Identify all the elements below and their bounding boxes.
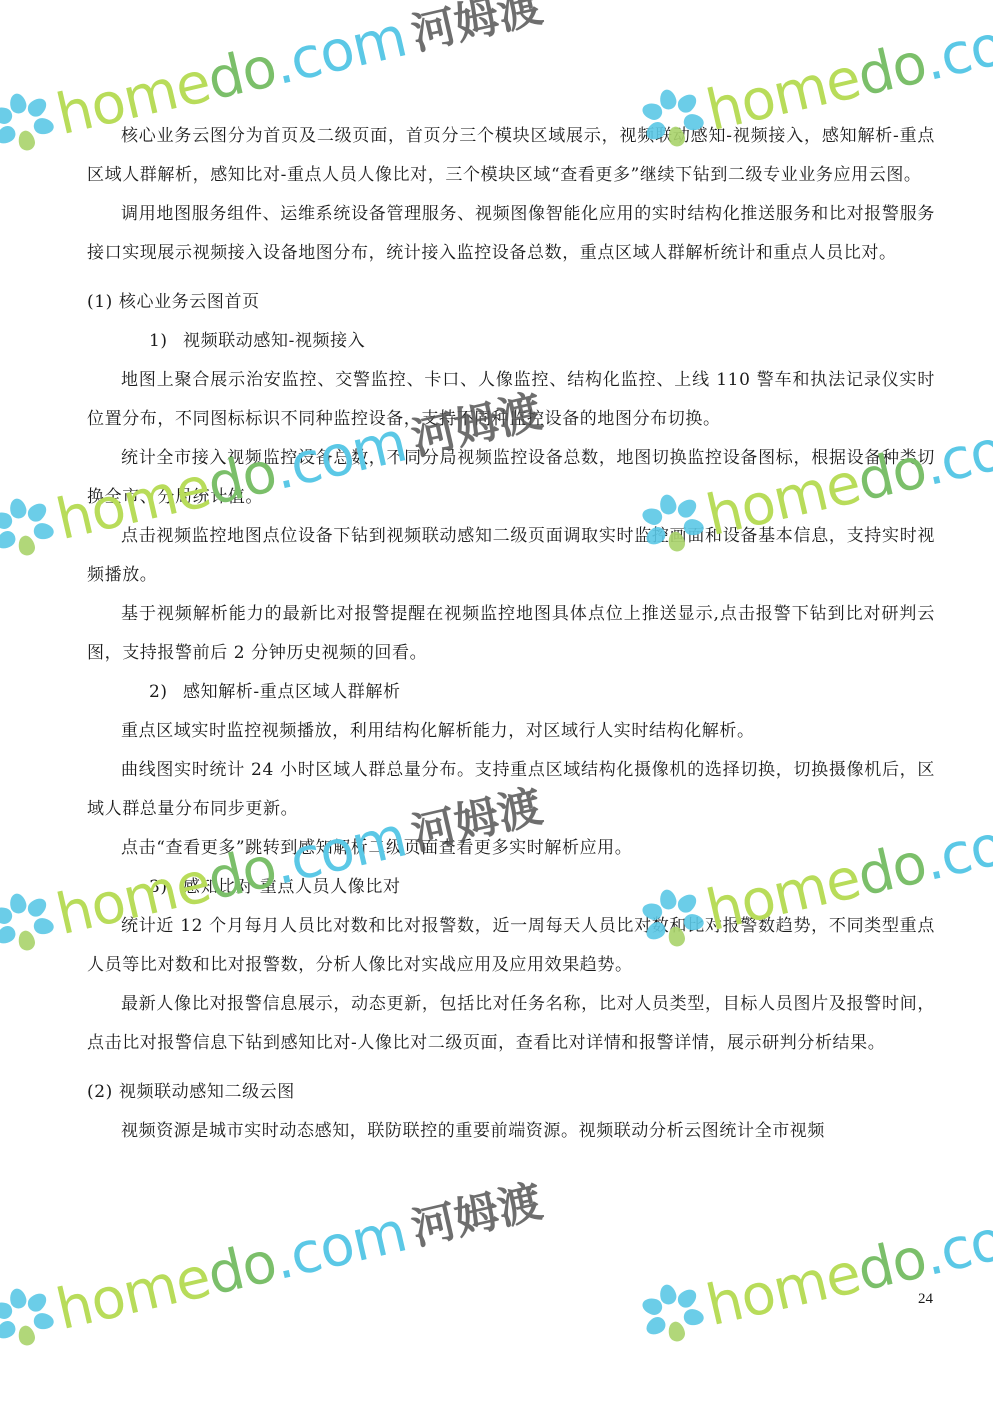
homedo-flower-logo-icon (0, 87, 58, 159)
paragraph: 统计全市接入视频监控设备总数，不同分局视频监控设备总数，地图切换监控设备图标，根… (87, 439, 935, 517)
subsection-title: 感知比对-重点人员人像比对 (183, 877, 401, 897)
page-number: 24 (918, 1291, 933, 1308)
homedo-flower-logo-icon (0, 887, 58, 959)
paragraph: 曲线图实时统计 24 小时区域人群总量分布。支持重点区域结构化摄像机的选择切换，… (87, 751, 935, 829)
homedo-flower-logo-icon (0, 1282, 58, 1354)
paragraph: 地图上聚合展示治安监控、交警监控、卡口、人像监控、结构化监控、上线 110 警车… (87, 361, 935, 439)
subsection-title: 视频联动感知-视频接入 (183, 331, 365, 351)
subsection-number: 1) (149, 322, 183, 361)
paragraph: 调用地图服务组件、运维系统设备管理服务、视频图像智能化应用的实时结构化推送服务和… (87, 195, 935, 273)
document-page: 核心业务云图分为首页及二级页面，首页分三个模块区域展示，视频联动感知-视频接入，… (0, 0, 993, 1403)
subsection-number: 3) (149, 868, 183, 907)
watermark: homedo.com (637, 1197, 993, 1350)
homedo-flower-logo-icon (0, 492, 58, 564)
homedo-flower-logo-icon (637, 1278, 709, 1350)
subsection-heading: 3)感知比对-重点人员人像比对 (87, 868, 935, 907)
paragraph: 最新人像比对报警信息展示，动态更新，包括比对任务名称，比对人员类型，目标人员图片… (87, 985, 935, 1063)
subsection-heading: 1)视频联动感知-视频接入 (87, 322, 935, 361)
subsection-heading: 2)感知解析-重点区域人群解析 (87, 673, 935, 712)
paragraph: 点击“查看更多”跳转到感知解析二级页面查看更多实时解析应用。 (87, 829, 935, 868)
subsection-title: 感知解析-重点区域人群解析 (183, 682, 401, 702)
section-heading: (2) 视频联动感知二级云图 (87, 1073, 935, 1112)
document-body: 核心业务云图分为首页及二级页面，首页分三个模块区域展示，视频联动感知-视频接入，… (87, 117, 935, 1151)
watermark: homedo.com河姆渡 (0, 1165, 548, 1354)
paragraph: 统计近 12 个月每月人员比对数和比对报警数，近一周每天人员比对数和比对报警数趋… (87, 907, 935, 985)
paragraph: 视频资源是城市实时动态感知，联防联控的重要前端资源。视频联动分析云图统计全市视频 (87, 1112, 935, 1151)
paragraph: 重点区域实时监控视频播放，利用结构化解析能力，对区域行人实时结构化解析。 (87, 712, 935, 751)
paragraph: 核心业务云图分为首页及二级页面，首页分三个模块区域展示，视频联动感知-视频接入，… (87, 117, 935, 195)
section-heading: (1) 核心业务云图首页 (87, 283, 935, 322)
subsection-number: 2) (149, 673, 183, 712)
paragraph: 点击视频监控地图点位设备下钻到视频联动感知二级页面调取实时监控画面和设备基本信息… (87, 517, 935, 595)
paragraph: 基于视频解析能力的最新比对报警提醒在视频监控地图具体点位上推送显示,点击报警下钻… (87, 595, 935, 673)
